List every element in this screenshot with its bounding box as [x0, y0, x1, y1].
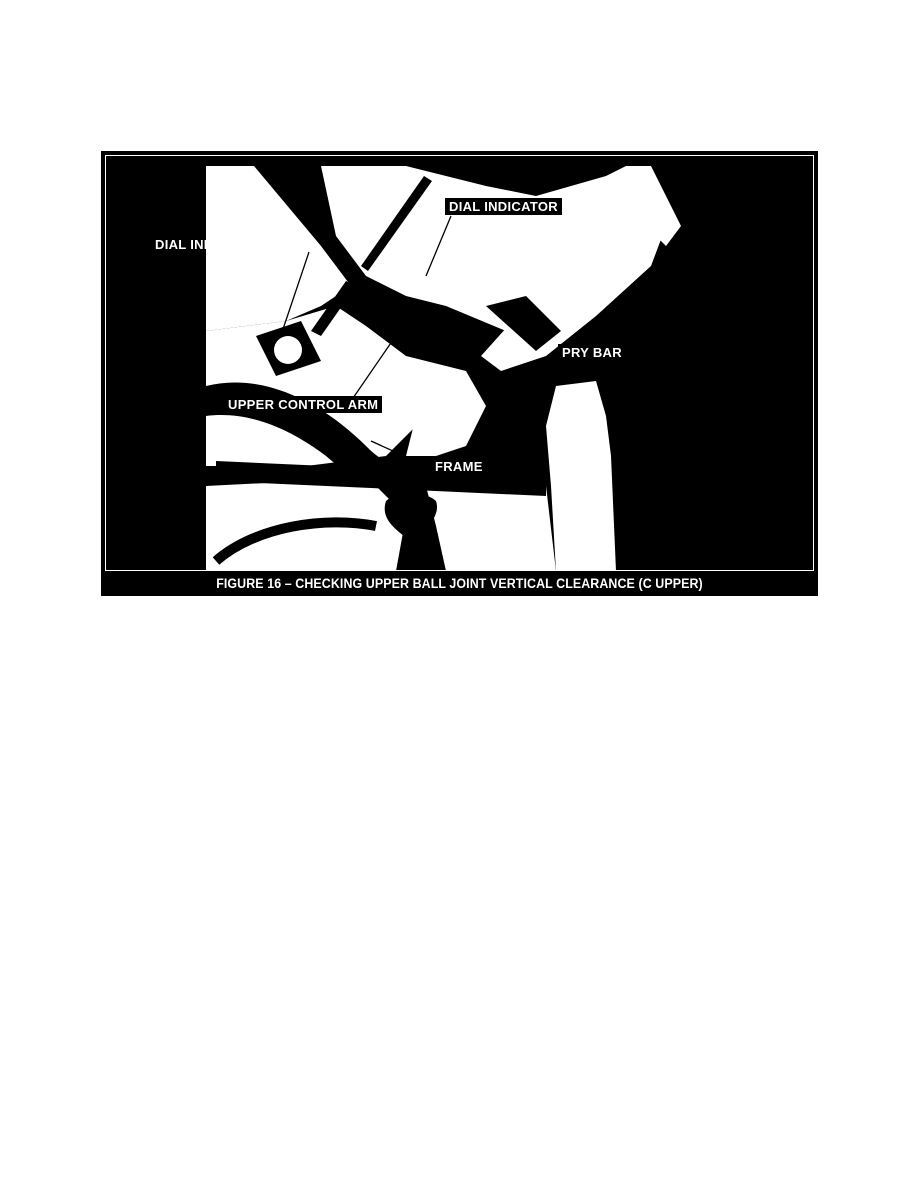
callout-upper-control-arm: UPPER CONTROL ARM	[224, 396, 382, 413]
suspension-photo: DIAL INDICATOR DIAL INDICATOR BASE PRY B…	[105, 155, 814, 571]
photo-illustration	[106, 156, 814, 571]
figure-16: DIAL INDICATOR DIAL INDICATOR BASE PRY B…	[101, 151, 818, 596]
callout-frame: FRAME	[431, 458, 487, 475]
callout-dial-indicator: DIAL INDICATOR	[445, 198, 562, 215]
callout-dial-indicator-base: DIAL INDICATOR BASE	[151, 236, 309, 253]
callout-pry-bar: PRY BAR	[558, 344, 626, 361]
figure-caption: FIGURE 16 – CHECKING UPPER BALL JOINT VE…	[130, 576, 790, 591]
